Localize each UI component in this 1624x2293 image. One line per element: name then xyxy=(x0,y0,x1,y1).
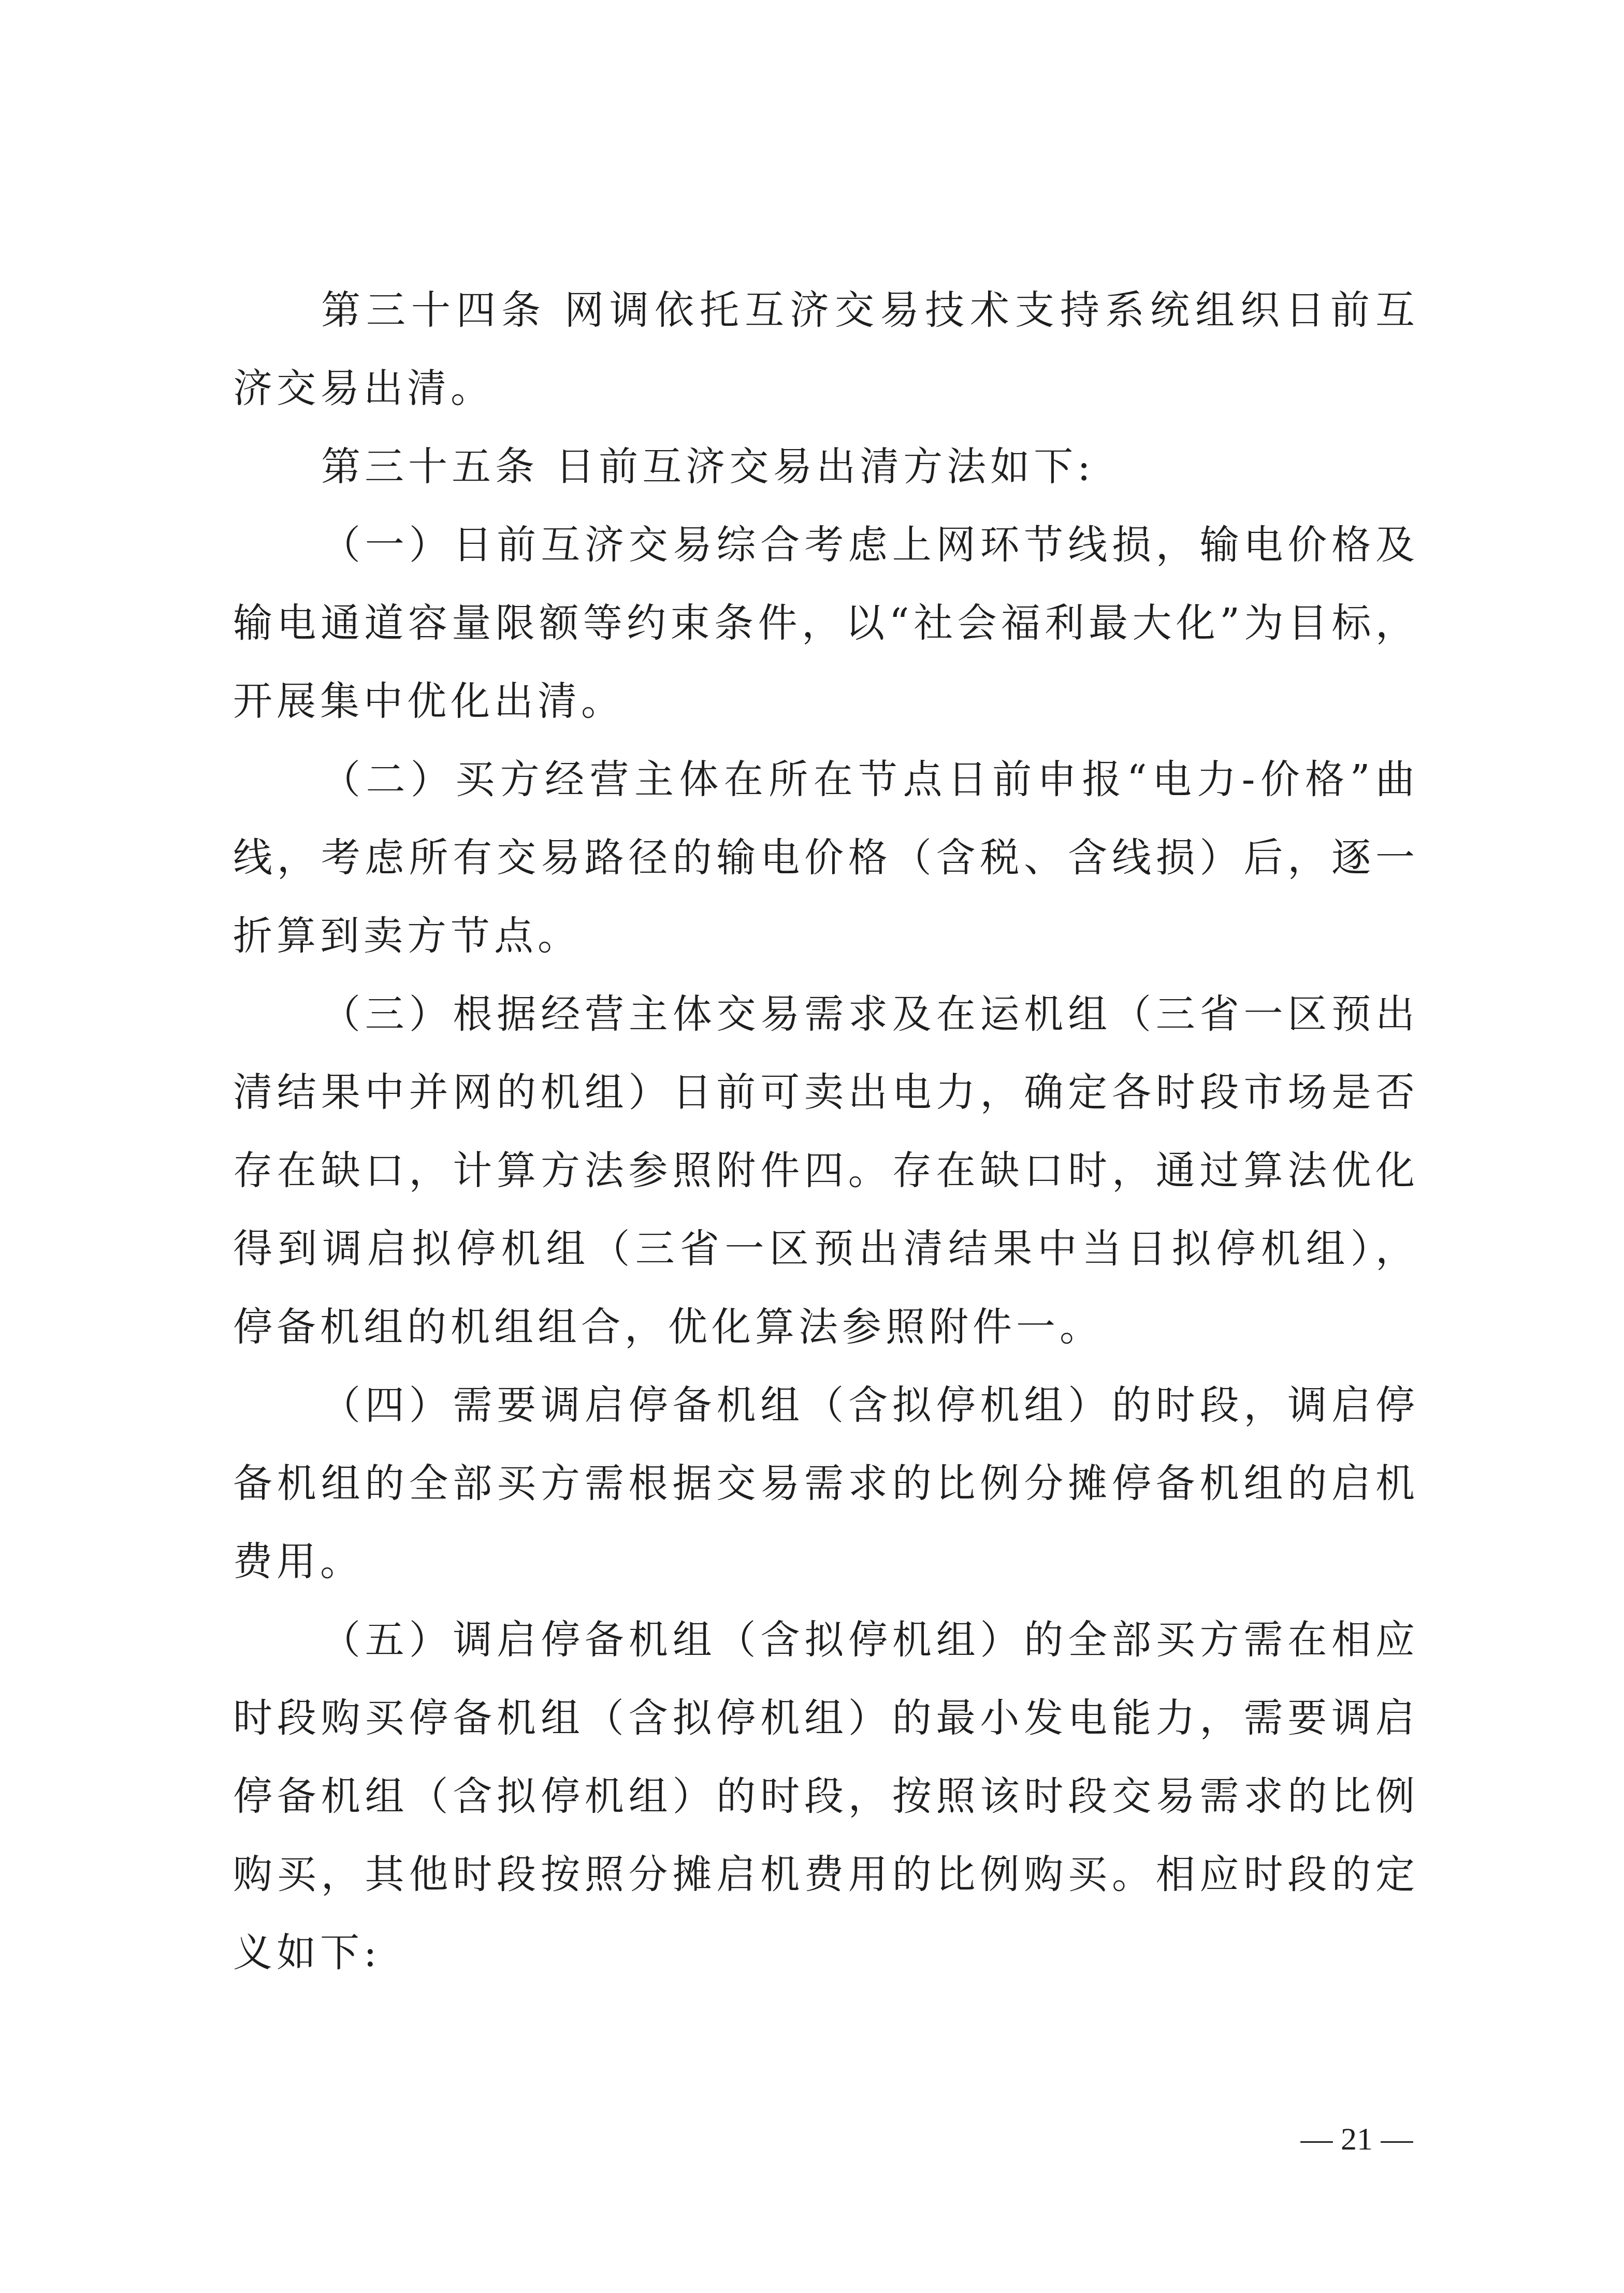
item-1-line-1: （一）日前互济交易综合考虑上网环节线损，输电价格及 xyxy=(321,506,1419,584)
item-2-line-3: 折算到卖方节点。 xyxy=(233,897,1419,975)
item-4-line-1: （四）需要调启停备机组（含拟停机组）的时段，调启停 xyxy=(321,1366,1419,1444)
item-2-line-1: （二）买方经营主体在所在节点日前申报“电力-价格”曲 xyxy=(321,740,1419,818)
item-1-line-2: 输电通道容量限额等约束条件，以“社会福利最大化”为目标， xyxy=(233,584,1419,662)
page-number: — 21 — xyxy=(1279,2118,1434,2160)
item-3-line-1: （三）根据经营主体交易需求及在运机组（三省一区预出 xyxy=(321,975,1419,1053)
item-5-line-2: 时段购买停备机组（含拟停机组）的最小发电能力，需要调启 xyxy=(233,1679,1419,1757)
item-3-line-4: 得到调启拟停机组（三省一区预出清结果中当日拟停机组）， xyxy=(233,1209,1419,1288)
item-5-line-4: 购买，其他时段按照分摊启机费用的比例购买。相应时段的定 xyxy=(233,1835,1419,1913)
item-3-line-5: 停备机组的机组组合，优化算法参照附件一。 xyxy=(233,1288,1419,1366)
item-3-line-3: 存在缺口，计算方法参照附件四。存在缺口时，通过算法优化 xyxy=(233,1131,1419,1209)
item-5-line-3: 停备机组（含拟停机组）的时段，按照该时段交易需求的比例 xyxy=(233,1757,1419,1835)
item-1-line-3: 开展集中优化出清。 xyxy=(233,662,1419,740)
document-page: 第三十四条 网调依托互济交易技术支持系统组织日前互 济交易出清。 第三十五条 日… xyxy=(233,0,1419,2293)
item-5-line-5: 义如下: xyxy=(233,1913,1419,1992)
article-35-heading-line: 第三十五条 日前互济交易出清方法如下: xyxy=(321,427,1419,506)
item-5-line-1: （五）调启停备机组（含拟停机组）的全部买方需在相应 xyxy=(321,1600,1419,1679)
article-34-line-2: 济交易出清。 xyxy=(233,349,1419,427)
item-4-line-2: 备机组的全部买方需根据交易需求的比例分摊停备机组的启机 xyxy=(233,1444,1419,1522)
item-2-line-2: 线，考虑所有交易路径的输电价格（含税、含线损）后，逐一 xyxy=(233,818,1419,897)
item-3-line-2: 清结果中并网的机组）日前可卖出电力，确定各时段市场是否 xyxy=(233,1053,1419,1131)
article-34-line-1: 第三十四条 网调依托互济交易技术支持系统组织日前互 xyxy=(321,271,1419,349)
item-4-line-3: 费用。 xyxy=(233,1522,1419,1600)
